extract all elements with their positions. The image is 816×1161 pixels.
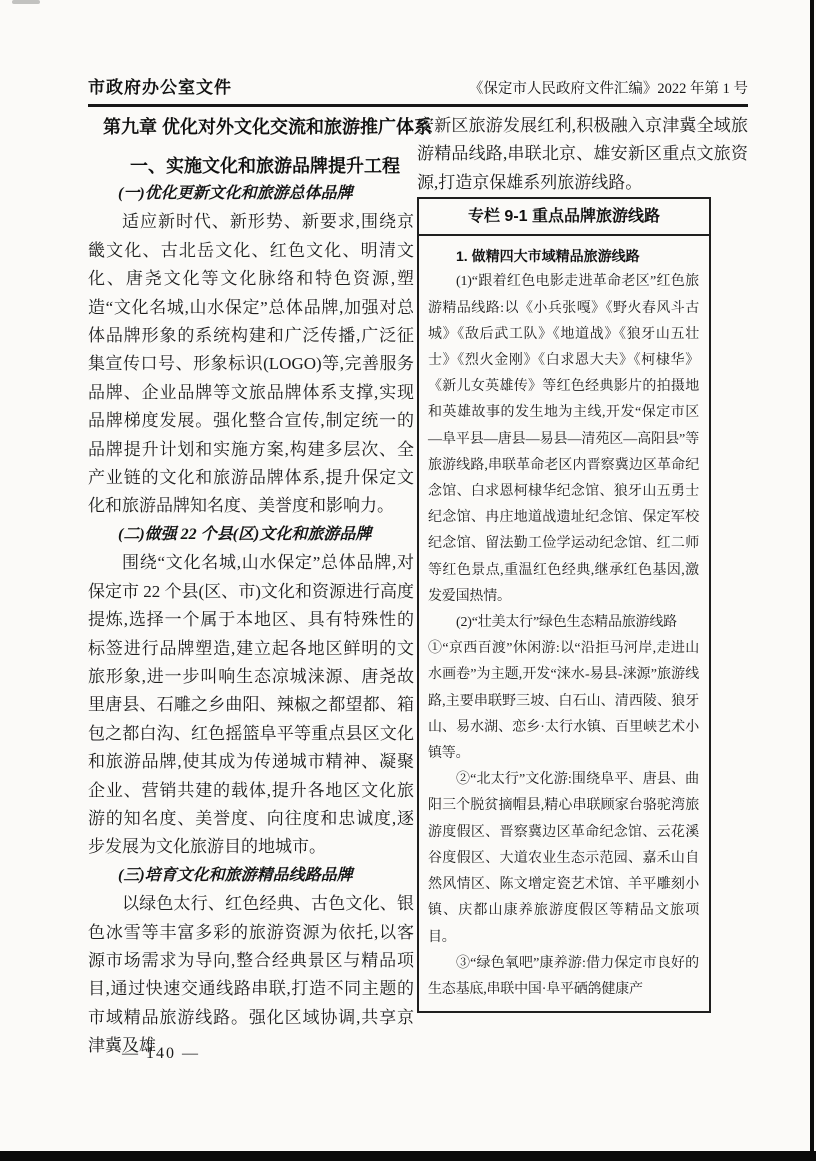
page-number: — 140 — <box>122 1045 200 1063</box>
paragraph-route-brands-continued: 安新区旅游发展红利,积极融入京津冀全域旅游精品线路,串联北京、雄安新区重点文旅资… <box>417 112 748 197</box>
panel-paragraph-bei-taihang: ②“北太行”文化游:围绕阜平、唐县、曲阳三个脱贫摘帽县,精心串联顾家台骆驼湾旅游… <box>428 767 699 950</box>
panel-paragraph-green-oxygen: ③“绿色氧吧”康养游:借力保定市良好的生态基底,串联中国·阜平硒鸽健康产 <box>428 951 699 1003</box>
header-compilation-ref: 《保定市人民政府文件汇编》2022 年第 1 号 <box>469 77 748 98</box>
paragraph-overall-brand: 适应新时代、新形势、新要求,围绕京畿文化、古北岳文化、红色文化、明清文化、唐尧文… <box>88 208 414 520</box>
panel-key-brand-routes: 专栏 9-1 重点品牌旅游线路 1. 做精四大市域精品旅游线路 (1)“跟着红色… <box>417 197 711 1013</box>
subsection-1-heading: (一)优化更新文化和旅游总体品牌 <box>88 180 414 208</box>
panel-item-1-heading: 1. 做精四大市域精品旅游线路 <box>428 243 699 269</box>
panel-body: 1. 做精四大市域精品旅游线路 (1)“跟着红色电影走进革命老区”红色旅游精品线… <box>419 236 709 1011</box>
right-column: 安新区旅游发展红利,积极融入京津冀全域旅游精品线路,串联北京、雄安新区重点文旅资… <box>417 112 748 1013</box>
subsection-3-heading: (三)培育文化和旅游精品线路品牌 <box>88 862 414 890</box>
scan-smudge <box>12 0 40 4</box>
scan-edge-right <box>810 0 814 1161</box>
page-header: 市政府办公室文件 《保定市人民政府文件汇编》2022 年第 1 号 <box>88 66 748 107</box>
header-doc-category: 市政府办公室文件 <box>88 73 232 98</box>
scan-edge-bottom <box>0 1151 816 1161</box>
panel-paragraph-jingxi-baidu: ①“京西百渡”休闲游:以“沿拒马河岸,走进山水画卷”为主题,开发“涞水-易县-涞… <box>428 636 699 767</box>
paragraph-county-brands: 围绕“文化名城,山水保定”总体品牌,对保定市 22 个县(区、市)文化和资源进行… <box>88 549 414 861</box>
panel-title: 专栏 9-1 重点品牌旅游线路 <box>419 199 709 236</box>
document-page: 市政府办公室文件 《保定市人民政府文件汇编》2022 年第 1 号 第九章 优化… <box>0 0 816 1161</box>
panel-paragraph-green-route-heading: (2)“壮美太行”绿色生态精品旅游线路 <box>428 610 699 636</box>
panel-paragraph-red-movie-route: (1)“跟着红色电影走进革命老区”红色旅游精品线路:以《小兵张嘎》《野火春风斗古… <box>428 269 699 610</box>
paragraph-route-brands: 以绿色太行、红色经典、古色文化、银色冰雪等丰富多彩的旅游资源为依托,以客源市场需… <box>88 890 414 1060</box>
section-heading: 一、实施文化和旅游品牌提升工程 <box>88 152 414 180</box>
subsection-2-heading: (二)做强 22 个县(区)文化和旅游品牌 <box>88 521 414 549</box>
left-column: 第九章 优化对外文化交流和旅游推广体系 一、实施文化和旅游品牌提升工程 (一)优… <box>88 112 414 1061</box>
chapter-heading: 第九章 优化对外文化交流和旅游推广体系 <box>88 112 414 142</box>
